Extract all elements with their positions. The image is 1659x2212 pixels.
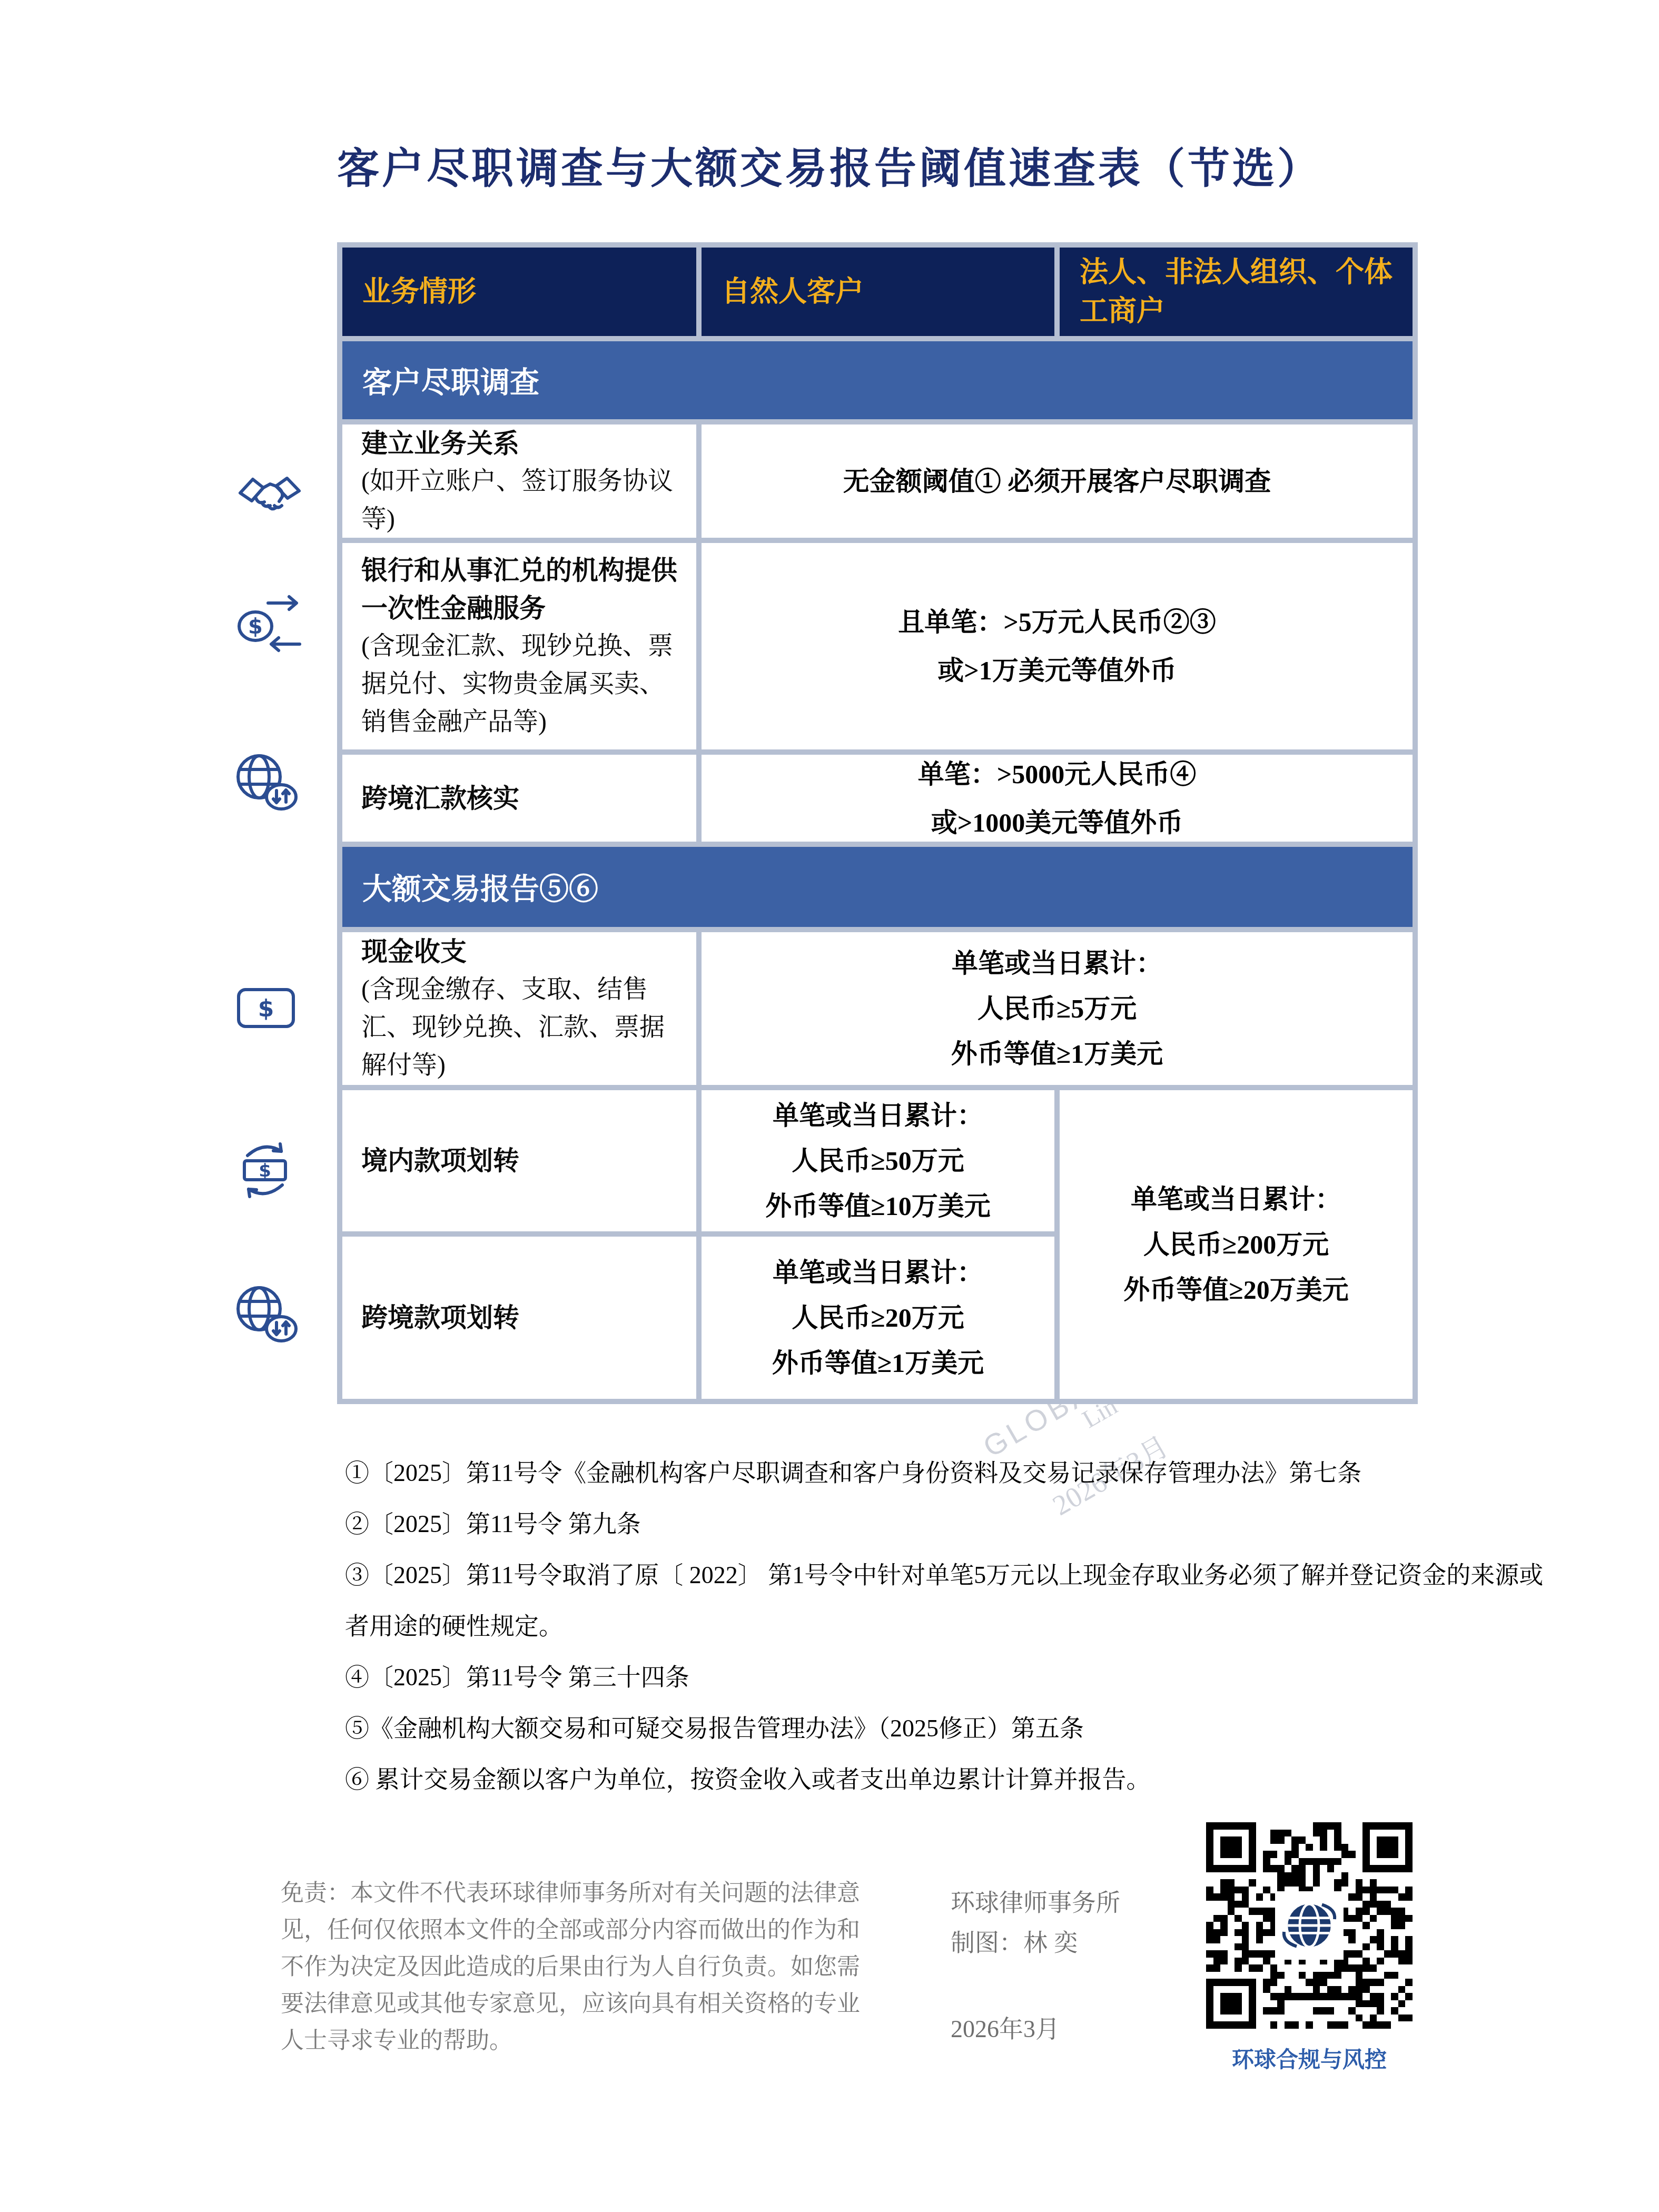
threshold-line: 外币等值≥10万美元 bbox=[765, 1183, 990, 1229]
threshold-line: 单笔或当日累计： bbox=[773, 1093, 983, 1138]
threshold-cross-border-remittance-verify: 单笔：>5000元人民币④ 或>1000美元等值外币 bbox=[702, 755, 1413, 842]
threshold-line: 单笔或当日累计： bbox=[952, 941, 1162, 986]
document-page: 客户尽职调查与大额交易报告阈值速查表（节选） 环球律师事务所 GLOBAL LA… bbox=[0, 0, 1659, 2212]
svg-text:$: $ bbox=[258, 995, 274, 1022]
threshold-line: 外币等值≥20万美元 bbox=[1123, 1267, 1348, 1312]
threshold-line: 人民币≥200万元 bbox=[1143, 1222, 1329, 1267]
footnotes-block: ①〔2025〕第11号令《金融机构客户尽职调查和客户身份资料及交易记录保存管理办… bbox=[345, 1447, 1562, 1805]
qr-code bbox=[1206, 1822, 1413, 2029]
scenario-one-off-financial-service: 银行和从事汇兑的机构提供一次性金融服务 (含现金汇款、现钞兑换、票据兑付、实物贵… bbox=[342, 543, 696, 749]
threshold-line: 外币等值≥1万美元 bbox=[951, 1031, 1163, 1077]
page-title: 客户尽职调查与大额交易报告阈值速查表（节选） bbox=[0, 134, 1659, 195]
threshold-line: 人民币≥20万元 bbox=[792, 1295, 964, 1340]
column-header-scenario: 业务情形 bbox=[342, 248, 696, 336]
money-cycle-icon: $ bbox=[232, 1137, 298, 1206]
scenario-title: 境内款项划转 bbox=[361, 1142, 683, 1180]
column-header-legal-person: 法人、非法人组织、个体工商户 bbox=[1060, 248, 1413, 336]
threshold-line: 或>1000美元等值外币 bbox=[931, 798, 1183, 847]
disclaimer-text: 免责：本文件不代表环球律师事务所对有关问题的法律意见，任何仅依照本文件的全部或部… bbox=[281, 1875, 860, 2059]
threshold-table: 业务情形 自然人客户 法人、非法人组织、个体工商户 客户尽职调查 建立业务关系 … bbox=[337, 242, 1418, 1404]
threshold-cross-border-transfer-natural: 单笔或当日累计： 人民币≥20万元 外币等值≥1万美元 bbox=[702, 1237, 1054, 1399]
footnote: ⑤《金融机构大额交易和可疑交易报告管理办法》（2025修正）第五条 bbox=[345, 1703, 1562, 1754]
scenario-title: 现金收支 bbox=[361, 933, 683, 971]
scenario-note: (含现金汇款、现钞兑换、票据兑付、实物贵金属买卖、销售金融产品等) bbox=[361, 627, 683, 741]
credits-block: 环球律师事务所 制图：林 奕 2026年3月 bbox=[951, 1883, 1120, 2049]
section-header-large-transaction-report: 大额交易报告⑤⑥ bbox=[342, 847, 1413, 927]
threshold-line: 或>1万美元等值外币 bbox=[937, 646, 1177, 695]
section-header-cdd: 客户尽职调查 bbox=[342, 341, 1413, 419]
globe-remittance-icon bbox=[232, 750, 299, 814]
scenario-cross-border-remittance-verify: 跨境汇款核实 bbox=[342, 755, 696, 842]
credit-firm: 环球律师事务所 bbox=[951, 1883, 1120, 1923]
scenario-domestic-transfer: 境内款项划转 bbox=[342, 1090, 696, 1231]
svg-text:$: $ bbox=[259, 1160, 271, 1181]
threshold-line: 且单笔：>5万元人民币②③ bbox=[898, 598, 1216, 646]
footnote: ④〔2025〕第11号令 第三十四条 bbox=[345, 1652, 1562, 1703]
scenario-title: 跨境汇款核实 bbox=[361, 779, 683, 817]
scenario-cross-border-transfer: 跨境款项划转 bbox=[342, 1237, 696, 1399]
threshold-line: 单笔或当日累计： bbox=[1131, 1177, 1341, 1222]
footnote: ③〔2025〕第11号令取消了原〔 2022〕 第1号令中针对单笔5万元以上现金… bbox=[345, 1549, 1562, 1652]
threshold-line: 人民币≥5万元 bbox=[977, 986, 1137, 1031]
footnote: ②〔2025〕第11号令 第九条 bbox=[345, 1498, 1562, 1549]
handshake-icon bbox=[237, 471, 302, 527]
credit-maker: 制图：林 奕 bbox=[951, 1923, 1120, 1963]
credit-date: 2026年3月 bbox=[951, 2009, 1120, 2049]
threshold-line: 人民币≥50万元 bbox=[792, 1138, 964, 1183]
threshold-cash-receipts-payments: 单笔或当日累计： 人民币≥5万元 外币等值≥1万美元 bbox=[702, 932, 1413, 1085]
threshold-line: 外币等值≥1万美元 bbox=[772, 1340, 984, 1386]
threshold-line: 单笔：>5000元人民币④ bbox=[918, 750, 1197, 798]
qr-caption: 环球合规与风控 bbox=[1206, 2042, 1413, 2074]
footnote: ①〔2025〕第11号令《金融机构客户尽职调查和客户身份资料及交易记录保存管理办… bbox=[345, 1447, 1562, 1498]
footnote: ⑥ 累计交易金额以客户为单位，按资金收入或者支出单边累计计算并报告。 bbox=[345, 1754, 1562, 1805]
scenario-cash-receipts-payments: 现金收支 (含现金缴存、支取、结售汇、现钞兑换、汇款、票据解付等) bbox=[342, 932, 696, 1085]
threshold-one-off-financial-service: 且单笔：>5万元人民币②③ 或>1万美元等值外币 bbox=[702, 543, 1413, 749]
threshold-domestic-transfer-natural: 单笔或当日累计： 人民币≥50万元 外币等值≥10万美元 bbox=[702, 1090, 1054, 1231]
threshold-line: 单笔或当日累计： bbox=[773, 1250, 983, 1295]
scenario-title: 跨境款项划转 bbox=[361, 1299, 683, 1337]
currency-exchange-icon: $ bbox=[235, 592, 305, 656]
scenario-note: (含现金缴存、支取、结售汇、现钞兑换、汇款、票据解付等) bbox=[361, 971, 683, 1084]
column-header-natural-person: 自然人客户 bbox=[702, 248, 1054, 336]
globe-transfer-icon bbox=[232, 1282, 299, 1346]
scenario-establish-relationship: 建立业务关系 (如开立账户、签订服务协议等) bbox=[342, 424, 696, 538]
svg-text:$: $ bbox=[248, 615, 263, 639]
threshold-transfer-legal-person: 单笔或当日累计： 人民币≥200万元 外币等值≥20万美元 bbox=[1060, 1090, 1413, 1399]
cash-icon: $ bbox=[236, 986, 296, 1034]
threshold-line: 无金额阈值① 必须开展客户尽职调查 bbox=[843, 457, 1271, 506]
scenario-title: 建立业务关系 bbox=[361, 424, 683, 462]
scenario-title: 银行和从事汇兑的机构提供一次性金融服务 bbox=[361, 551, 683, 627]
globe-logo-icon bbox=[1275, 1891, 1344, 1960]
threshold-establish-relationship: 无金额阈值① 必须开展客户尽职调查 bbox=[702, 424, 1413, 538]
scenario-note: (如开立账户、签订服务协议等) bbox=[361, 462, 683, 538]
